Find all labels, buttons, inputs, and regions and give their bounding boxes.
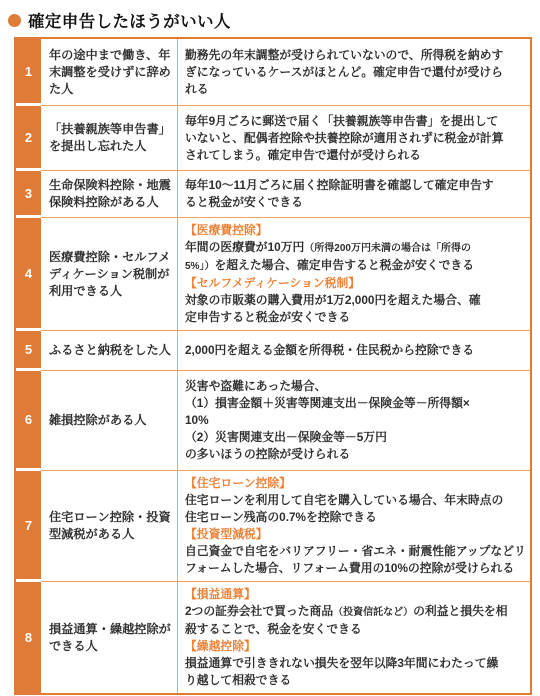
description-text: 自己資金で自宅をバリアフリー・省エネ・耐震性能アップなどリ フォームした場合、リ… (185, 543, 528, 577)
category-text: 住宅ローン控除・投資型減税がある人 (49, 509, 173, 543)
category-cell: 住宅ローン控除・投資型減税がある人 (41, 471, 178, 582)
row-number: 2 (16, 106, 41, 171)
table-row: 7 住宅ローン控除・投資型減税がある人 【住宅ローン控除】 住宅ローンを利用して… (16, 471, 530, 582)
deduction-tag: 【損益通算】 (185, 586, 528, 603)
table-row: 8 損益通算・繰越控除ができる人 【損益通算】 2つの証券会社で買った商品（投資… (16, 582, 530, 693)
description-cell: 【住宅ローン控除】 住宅ローンを利用して自宅を購入している場合、年末時点の 住宅… (178, 471, 530, 582)
row-number: 7 (16, 471, 41, 582)
description-cell: 災害や盗難にあった場合、 （1）損害金額＋災害等関連支出－保険金等－所得額× 1… (178, 371, 530, 471)
table-row: 2 「扶養親族等申告書」を提出し忘れた人 毎年9月ごろに郵送で届く「扶養親族等申… (16, 106, 530, 171)
row-number: 6 (16, 371, 41, 471)
page-title: 確定申告したほうがいい人 (28, 8, 231, 32)
description-cell: 【損益通算】 2つの証券会社で買った商品（投資信託など）の利益と損失を相 殺する… (178, 582, 530, 693)
category-cell: 年の途中まで働き、年末調整を受けずに辞めた人 (41, 39, 178, 106)
category-cell: 雑損控除がある人 (41, 371, 178, 471)
deduction-tag: 【繰越控除】 (185, 638, 528, 655)
category-text: 損益通算・繰越控除ができる人 (49, 621, 173, 655)
deduction-tag: 【投資型減税】 (185, 526, 528, 543)
deduction-tag: 【医療費控除】 (185, 222, 528, 239)
description-text: 勤務先の年末調整が受けられていないので、所得税を納めす ぎになっているケースがほ… (185, 47, 528, 98)
category-text: ふるさと納税をした人 (49, 342, 173, 359)
category-text: 生命保険料控除・地震保険料控除がある人 (49, 177, 173, 211)
description-cell: 勤務先の年末調整が受けられていないので、所得税を納めす ぎになっているケースがほ… (178, 39, 530, 106)
table-row: 6 雑損控除がある人 災害や盗難にあった場合、 （1）損害金額＋災害等関連支出－… (16, 371, 530, 471)
description-note: （投資信託など） (333, 607, 413, 618)
tax-return-table: 1 年の途中まで働き、年末調整を受けずに辞めた人 勤務先の年末調整が受けられてい… (14, 37, 532, 695)
table-row: 3 生命保険料控除・地震保険料控除がある人 毎年10～11月ごろに届く控除証明書… (16, 171, 530, 218)
description-cell: 毎年10～11月ごろに届く控除証明書を確認して確定申告す ると税金が安くできる (178, 171, 530, 218)
row-number: 5 (16, 331, 41, 371)
description-text: 2,000円を超える金額を所得税・住民税から控除できる (185, 342, 528, 359)
table-row: 1 年の途中まで働き、年末調整を受けずに辞めた人 勤務先の年末調整が受けられてい… (16, 39, 530, 106)
category-cell: 生命保険料控除・地震保険料控除がある人 (41, 171, 178, 218)
description-segment: 年間の医療費が10万円 (185, 240, 304, 254)
category-text: 雑損控除がある人 (49, 412, 173, 429)
description-text: 災害や盗難にあった場合、 （1）損害金額＋災害等関連支出－保険金等－所得額× 1… (185, 378, 528, 463)
row-number: 8 (16, 582, 41, 693)
description-text: 2つの証券会社で買った商品（投資信託など）の利益と損失を相 殺することで、税金を… (185, 603, 528, 638)
description-text: 損益通算で引ききれない損失を翌年以降3年間にわたって繰 り越して相殺できる (185, 655, 528, 689)
description-text: 毎年10～11月ごろに届く控除証明書を確認して確定申告す ると税金が安くできる (185, 177, 528, 211)
deduction-tag: 【セルフメディケーション税制】 (185, 275, 528, 292)
description-cell: 【医療費控除】 年間の医療費が10万円（所得200万円未満の場合は「所得の 5%… (178, 218, 530, 331)
page: 確定申告したほうがいい人 1 年の途中まで働き、年末調整を受けずに辞めた人 勤務… (0, 0, 540, 696)
deduction-tag: 【住宅ローン控除】 (185, 475, 528, 492)
category-cell: ふるさと納税をした人 (41, 331, 178, 371)
category-text: 医療費控除・セルフメディケーション税制が利用できる人 (49, 249, 173, 300)
description-cell: 2,000円を超える金額を所得税・住民税から控除できる (178, 331, 530, 371)
row-number: 1 (16, 39, 41, 106)
table-row: 5 ふるさと納税をした人 2,000円を超える金額を所得税・住民税から控除できる (16, 331, 530, 371)
description-text: 毎年9月ごろに郵送で届く「扶養親族等申告書」を提出して いないと、配偶者控除や扶… (185, 113, 528, 164)
description-text: 対象の市販薬の購入費用が1万2,000円を超えた場合、確 定申告すると税金が安く… (185, 292, 528, 326)
category-cell: 医療費控除・セルフメディケーション税制が利用できる人 (41, 218, 178, 331)
row-number: 3 (16, 171, 41, 218)
description-segment: 2つの証券会社で買った商品 (185, 604, 333, 618)
category-text: 年の途中まで働き、年末調整を受けずに辞めた人 (49, 47, 173, 98)
description-segment: を超えた場合、確定申告すると税金が安くできる (214, 258, 474, 272)
description-text: 年間の医療費が10万円（所得200万円未満の場合は「所得の 5%」）を超えた場合… (185, 239, 528, 275)
bullet-icon (8, 14, 21, 27)
section-title: 確定申告したほうがいい人 (0, 0, 540, 32)
table-row: 4 医療費控除・セルフメディケーション税制が利用できる人 【医療費控除】 年間の… (16, 218, 530, 331)
category-cell: 損益通算・繰越控除ができる人 (41, 582, 178, 693)
description-cell: 毎年9月ごろに郵送で届く「扶養親族等申告書」を提出して いないと、配偶者控除や扶… (178, 106, 530, 171)
category-cell: 「扶養親族等申告書」を提出し忘れた人 (41, 106, 178, 171)
description-text: 住宅ローンを利用して自宅を購入している場合、年末時点の 住宅ローン残高の0.7%… (185, 492, 528, 526)
category-text: 「扶養親族等申告書」を提出し忘れた人 (49, 121, 173, 155)
row-number: 4 (16, 218, 41, 331)
